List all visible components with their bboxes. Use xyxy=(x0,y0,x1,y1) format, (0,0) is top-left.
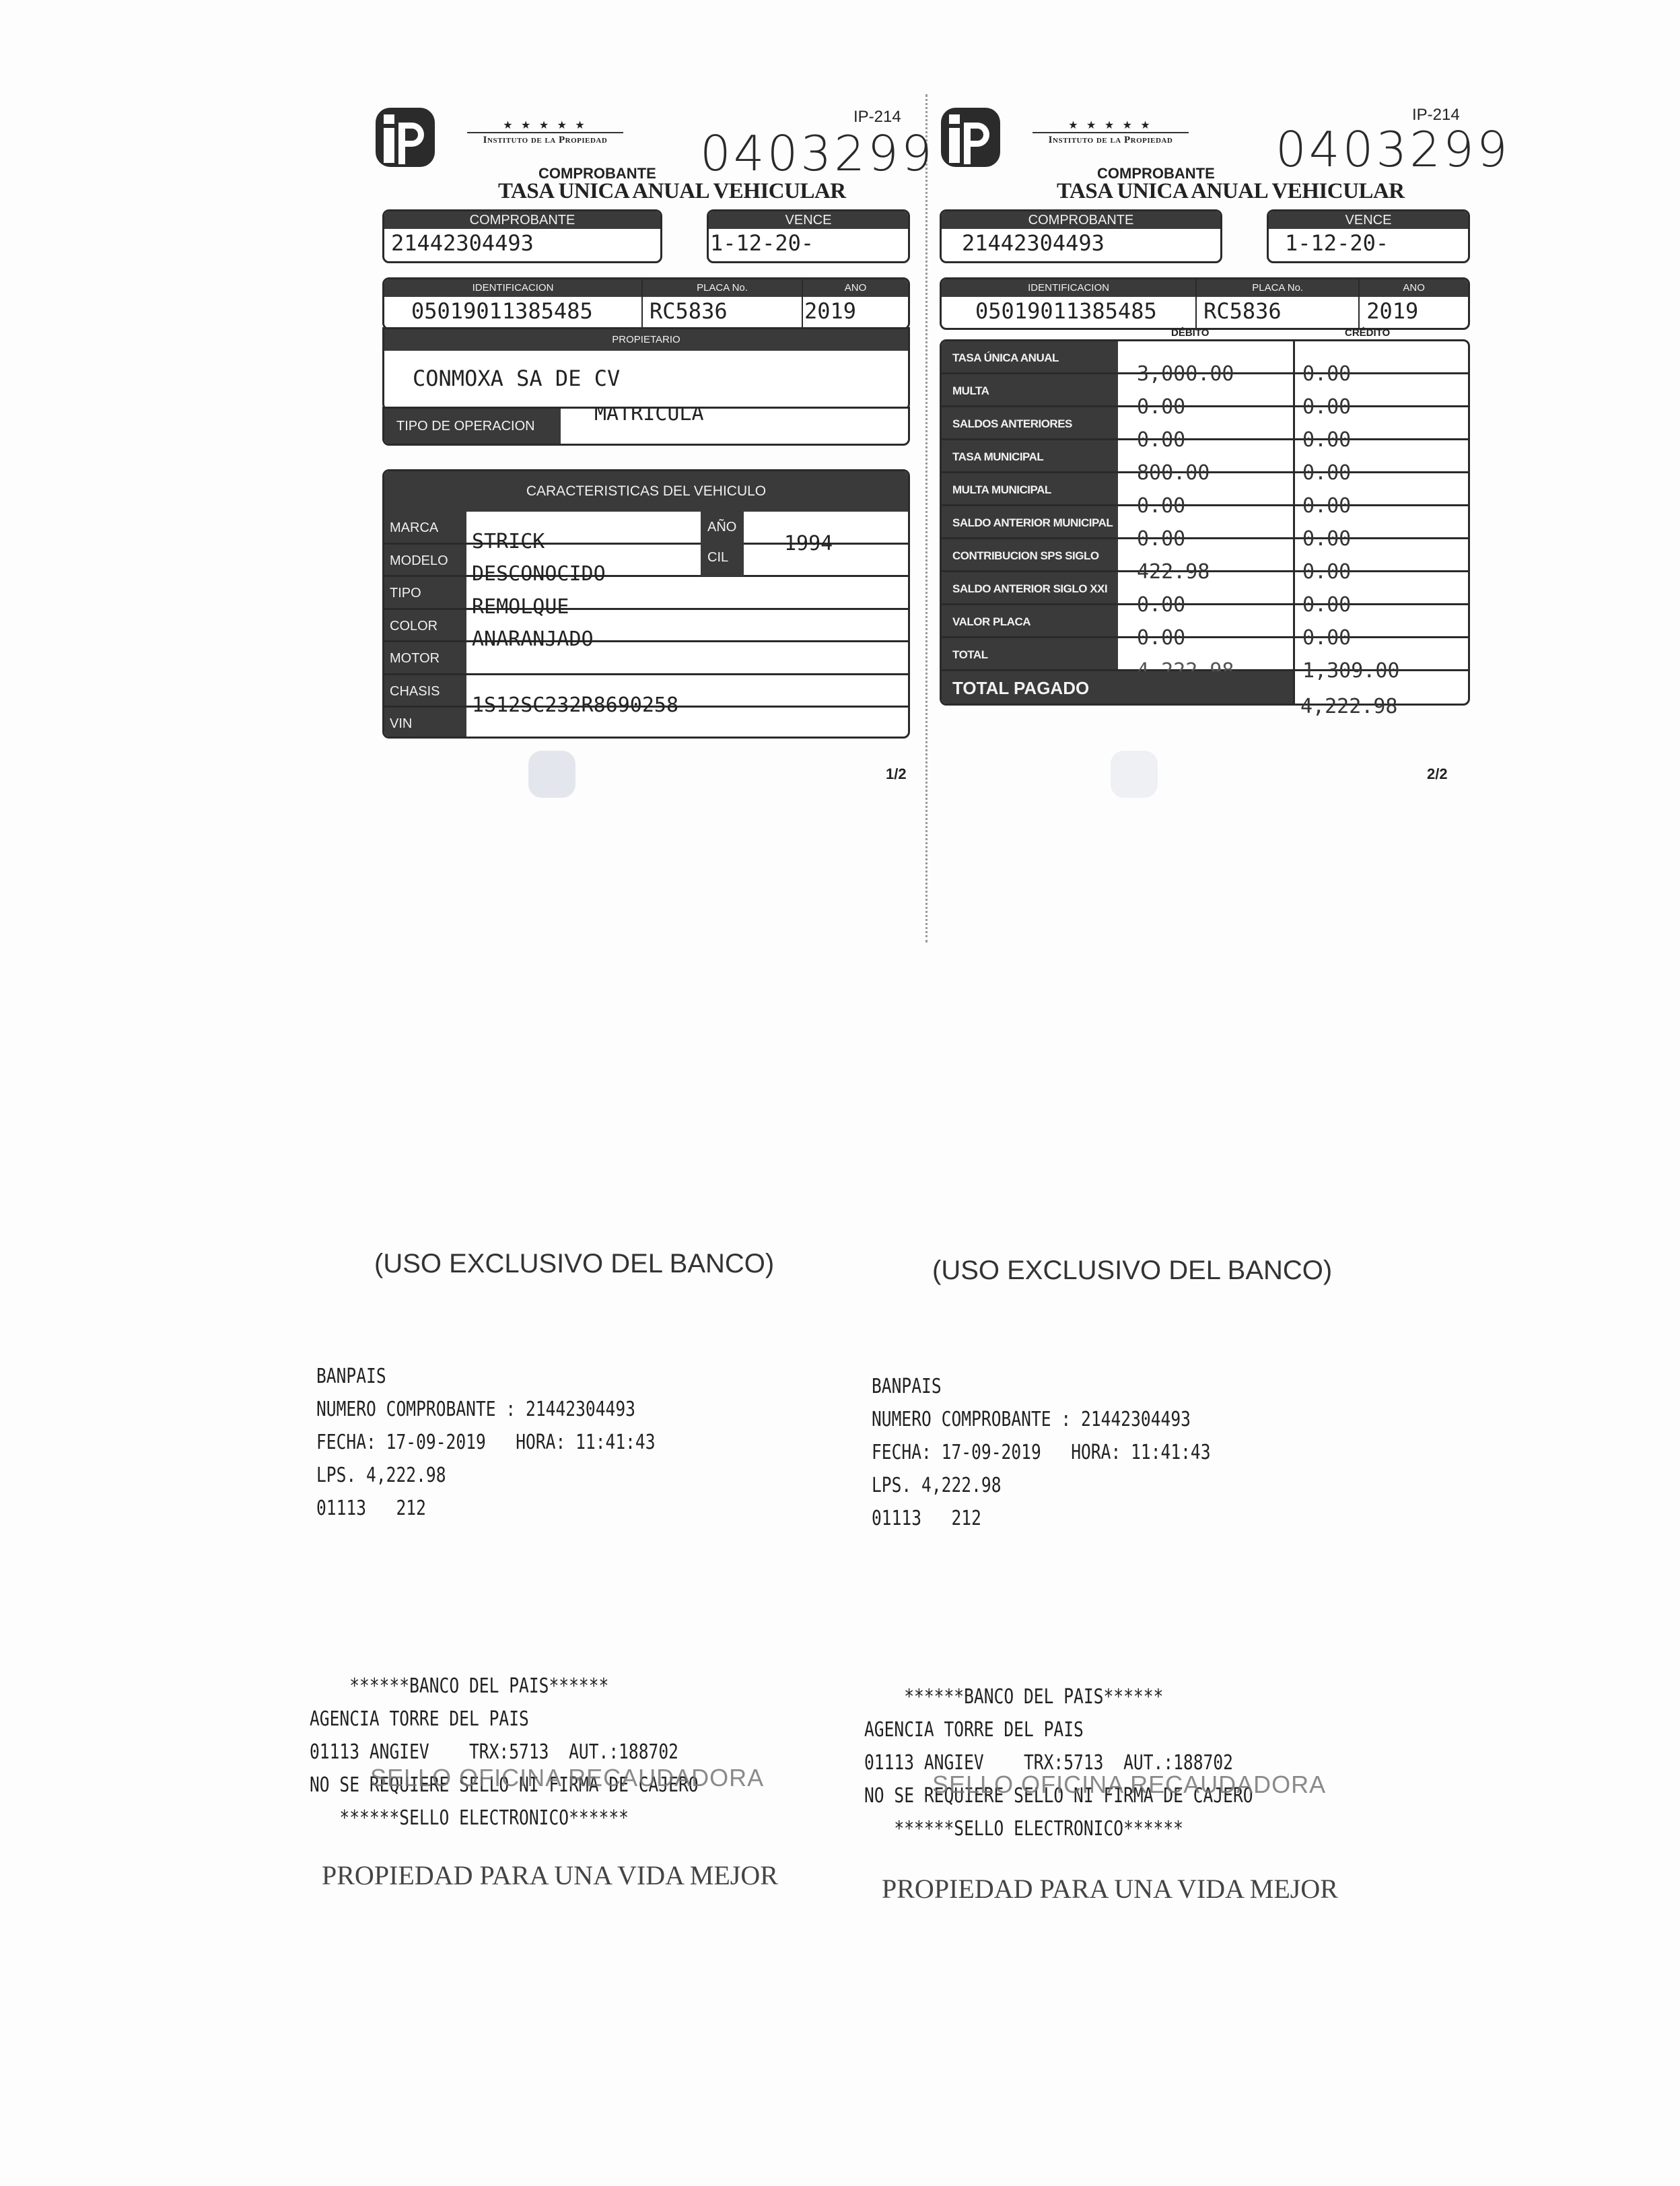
placa-value: RC5836 xyxy=(1197,297,1358,325)
vehicle-row-value: ANARANJADO xyxy=(472,627,594,651)
debito-value: 800.00 xyxy=(1137,461,1210,485)
credito-value: 0.00 xyxy=(1302,494,1351,518)
stars-icon: ★ ★ ★ ★ ★ xyxy=(464,120,626,132)
serial-number: 0403299 xyxy=(700,129,935,178)
payment-row-label: VALOR PLACA xyxy=(942,605,1118,636)
serial-number: 0403299 xyxy=(1275,125,1510,174)
ano-label: ANO xyxy=(1360,279,1468,297)
tipo-operacion-label: TIPO DE OPERACION xyxy=(384,409,561,444)
office-stamp: SELLO OFICINA RECAUDADORA xyxy=(932,1771,1326,1799)
payment-breakdown-table: TASA ÚNICA ANUALMULTA3,000.000.00SALDOS … xyxy=(940,339,1470,706)
debito-value: 422.98 xyxy=(1137,560,1210,584)
credito-value: 1,309.00 xyxy=(1302,659,1400,683)
payment-row: VALOR PLACA0.000.00 xyxy=(942,605,1468,638)
vence-value: 1-12-20- xyxy=(709,229,908,257)
ano-value: 2019 xyxy=(1360,297,1468,325)
comprobante-value: 21442304493 xyxy=(942,229,1220,257)
identificacion-label: IDENTIFICACION xyxy=(384,279,641,297)
ip-logo-icon xyxy=(941,108,1000,167)
total-pagado-row: TOTAL PAGADO xyxy=(942,671,1293,706)
numero-comprobante: NUMERO COMPROBANTE : 21442304493 xyxy=(872,1403,1211,1436)
monto: LPS. 4,222.98 xyxy=(316,1459,656,1492)
credito-value: 0.00 xyxy=(1302,593,1351,617)
vehicle-row-value: REMOLQUE xyxy=(472,595,569,619)
vehicle-row-label: MODELO xyxy=(384,545,466,576)
vehicle-row-label: COLOR xyxy=(384,610,466,641)
vehicle-row-value: DESCONOCIDO xyxy=(472,562,606,586)
total-pagado-label: TOTAL PAGADO xyxy=(952,678,1089,699)
ano-cil-labels: AÑO CIL xyxy=(701,512,744,576)
payment-row: SALDOS ANTERIORES0.000.00 xyxy=(942,407,1468,440)
vehicle-row: TIPODESCONOCIDO xyxy=(384,577,908,610)
comprobante-label: COMPROBANTE xyxy=(384,211,660,229)
bank-header: ******BANCO DEL PAIS****** xyxy=(864,1680,1253,1713)
credito-value: 0.00 xyxy=(1302,527,1351,551)
vehicle-header: CARACTERISTICAS DEL VEHICULO xyxy=(384,471,908,512)
vehicle-row-label: TIPO xyxy=(384,577,466,608)
credito-label: CRÉDITO xyxy=(1345,327,1390,339)
payment-row-label: TOTAL xyxy=(942,638,1118,669)
vence-label: VENCE xyxy=(709,211,908,229)
propietario-field: PROPIETARIO CONMOXA SA DE CV xyxy=(382,327,910,411)
cut-line xyxy=(925,94,928,943)
bank-use-title: (USO EXCLUSIVO DEL BANCO) xyxy=(374,1249,774,1279)
debito-label: DÉBITO xyxy=(1171,327,1209,339)
credito-value: 0.00 xyxy=(1302,395,1351,419)
bank-use-title: (USO EXCLUSIVO DEL BANCO) xyxy=(932,1256,1332,1286)
placa-label: PLACA No. xyxy=(643,279,802,297)
identificacion-value: 05019011385485 xyxy=(384,297,641,325)
comprobante-value: 21442304493 xyxy=(384,229,660,257)
ip-logo-icon xyxy=(376,108,435,167)
institution-block: ★ ★ ★ ★ ★ Instituto de la Propiedad xyxy=(1030,120,1191,147)
payment-row-label: SALDO ANTERIOR MUNICIPAL xyxy=(942,506,1118,537)
page-number: 2/2 xyxy=(1427,765,1448,783)
payment-row: SALDO ANTERIOR MUNICIPAL0.000.00 xyxy=(942,506,1468,539)
credito-value: 0.00 xyxy=(1302,461,1351,485)
bank-stamp-receipt: ******BANCO DEL PAIS******AGENCIA TORRE … xyxy=(864,1680,1253,1845)
identificacion-value: 05019011385485 xyxy=(942,297,1195,325)
payment-row-label: SALDO ANTERIOR SIGLO XXI xyxy=(942,572,1118,603)
payment-row-label: SALDOS ANTERIORES xyxy=(942,407,1118,438)
placa-label: PLACA No. xyxy=(1197,279,1358,297)
vehicle-row-label: CHASIS xyxy=(384,675,466,706)
payment-row-label: TASA MUNICIPAL xyxy=(942,440,1118,471)
vehicle-row-label: VIN xyxy=(384,708,466,739)
vehicle-row: COLORREMOLQUE xyxy=(384,610,908,643)
payment-row-label: MULTA MUNICIPAL xyxy=(942,473,1118,504)
payment-rows: TASA ÚNICA ANUALMULTA3,000.000.00SALDOS … xyxy=(942,341,1468,704)
ano-label: ANO xyxy=(803,279,908,297)
numero-comprobante: NUMERO COMPROBANTE : 21442304493 xyxy=(316,1393,656,1426)
ano-value: 2019 xyxy=(803,297,908,325)
credito-value: 0.00 xyxy=(1302,626,1351,650)
debito-value: 0.00 xyxy=(1137,527,1185,551)
bank-receipt: BANPAISNUMERO COMPROBANTE : 21442304493F… xyxy=(316,1360,656,1525)
fecha-hora: FECHA: 17-09-2019 HORA: 11:41:43 xyxy=(316,1426,656,1459)
vence-label: VENCE xyxy=(1269,211,1468,229)
debito-value: 0.00 xyxy=(1137,593,1185,617)
institution-name: Instituto de la Propiedad xyxy=(1030,133,1191,147)
vehicle-characteristics-table: CARACTERISTICAS DEL VEHICULO MARCAMODELO… xyxy=(382,469,910,739)
watermark-logo-icon xyxy=(528,751,575,798)
fecha-hora: FECHA: 17-09-2019 HORA: 11:41:43 xyxy=(872,1436,1211,1469)
debito-value: 0.00 xyxy=(1137,428,1185,452)
electronic-seal: ******SELLO ELECTRONICO****** xyxy=(310,1802,699,1835)
agencia: AGENCIA TORRE DEL PAIS xyxy=(864,1713,1253,1746)
monto: LPS. 4,222.98 xyxy=(872,1469,1211,1502)
vehicle-cil-label: CIL xyxy=(701,535,744,566)
comprobante-field: COMPROBANTE 21442304493 xyxy=(382,209,662,263)
tipo-operacion-value: MATRICULA xyxy=(594,407,704,425)
vence-field: VENCE 1-12-20- xyxy=(707,209,910,263)
propietario-value: CONMOXA SA DE CV xyxy=(384,364,908,392)
vence-field: VENCE 1-12-20- xyxy=(1267,209,1470,263)
motto: PROPIEDAD PARA UNA VIDA MEJOR xyxy=(322,1859,778,1891)
vence-value: 1-12-20- xyxy=(1269,229,1468,257)
debito-value: 0.00 xyxy=(1137,626,1185,650)
vehicle-ano-value: 1994 xyxy=(784,532,833,555)
credito-value: 0.00 xyxy=(1302,560,1351,584)
payment-row: MULTA3,000.000.00 xyxy=(942,374,1468,407)
debito-value: 0.00 xyxy=(1137,494,1185,518)
document-title: TASA UNICA ANUAL VEHICULAR xyxy=(498,179,846,204)
codes: 01113 212 xyxy=(872,1502,1211,1535)
total-pagado-value: 4,222.98 xyxy=(1300,695,1398,718)
document-title: TASA UNICA ANUAL VEHICULAR xyxy=(1057,179,1405,204)
comprobante-field: COMPROBANTE 21442304493 xyxy=(940,209,1222,263)
payment-row-label: CONTRIBUCION SPS SIGLO XXI xyxy=(942,539,1118,570)
motto: PROPIEDAD PARA UNA VIDA MEJOR xyxy=(882,1873,1338,1905)
watermark-logo-icon xyxy=(1111,751,1158,798)
identification-row: IDENTIFICACION 05019011385485 PLACA No. … xyxy=(382,277,910,330)
payment-row-label: MULTA xyxy=(942,374,1118,405)
identificacion-label: IDENTIFICACION xyxy=(942,279,1195,297)
tipo-operacion-field: TIPO DE OPERACION MATRICULA xyxy=(382,407,910,446)
stars-icon: ★ ★ ★ ★ ★ xyxy=(1030,120,1191,132)
bank-receipt: BANPAISNUMERO COMPROBANTE : 21442304493F… xyxy=(872,1370,1211,1535)
vehicle-row-value: 1S12SC232R8690258 xyxy=(472,693,678,717)
bank-name: BANPAIS xyxy=(316,1360,656,1393)
credito-value: 0.00 xyxy=(1302,362,1351,386)
placa-value: RC5836 xyxy=(643,297,802,325)
institution-name: Instituto de la Propiedad xyxy=(464,133,626,147)
payment-row-label: TASA ÚNICA ANUAL xyxy=(942,341,1118,372)
payment-row: SALDO ANTERIOR SIGLO XXI422.980.00 xyxy=(942,572,1468,605)
bank-header: ******BANCO DEL PAIS****** xyxy=(310,1670,699,1703)
propietario-label: PROPIETARIO xyxy=(384,329,908,351)
vehicle-row: VIN1S12SC232R8690258 xyxy=(384,708,908,739)
credito-value: 0.00 xyxy=(1302,428,1351,452)
comprobante-label: COMPROBANTE xyxy=(942,211,1220,229)
bank-name: BANPAIS xyxy=(872,1370,1211,1403)
payment-row: MULTA MUNICIPAL800.000.00 xyxy=(942,473,1468,506)
vehicle-row-label: MARCA xyxy=(384,512,466,543)
vehicle-row-label: MOTOR xyxy=(384,642,466,673)
page-number: 1/2 xyxy=(886,765,907,783)
debito-value: 0.00 xyxy=(1137,395,1185,419)
bank-stamp-receipt: ******BANCO DEL PAIS******AGENCIA TORRE … xyxy=(310,1670,699,1835)
vehicle-row: MOTORANARANJADO xyxy=(384,642,908,675)
agencia: AGENCIA TORRE DEL PAIS xyxy=(310,1703,699,1736)
vehicle-row-value: STRICK xyxy=(472,530,545,553)
electronic-seal: ******SELLO ELECTRONICO****** xyxy=(864,1812,1253,1845)
debito-value: 3,000.00 xyxy=(1137,362,1234,386)
institution-block: ★ ★ ★ ★ ★ Instituto de la Propiedad xyxy=(464,120,626,147)
form-code: IP-214 xyxy=(853,108,901,127)
codes: 01113 212 xyxy=(316,1492,656,1525)
identification-row: IDENTIFICACION 05019011385485 PLACA No. … xyxy=(940,277,1470,330)
office-stamp: SELLO OFICINA RECAUDADORA xyxy=(370,1764,764,1792)
vehicle-ano-label: AÑO xyxy=(701,512,744,535)
